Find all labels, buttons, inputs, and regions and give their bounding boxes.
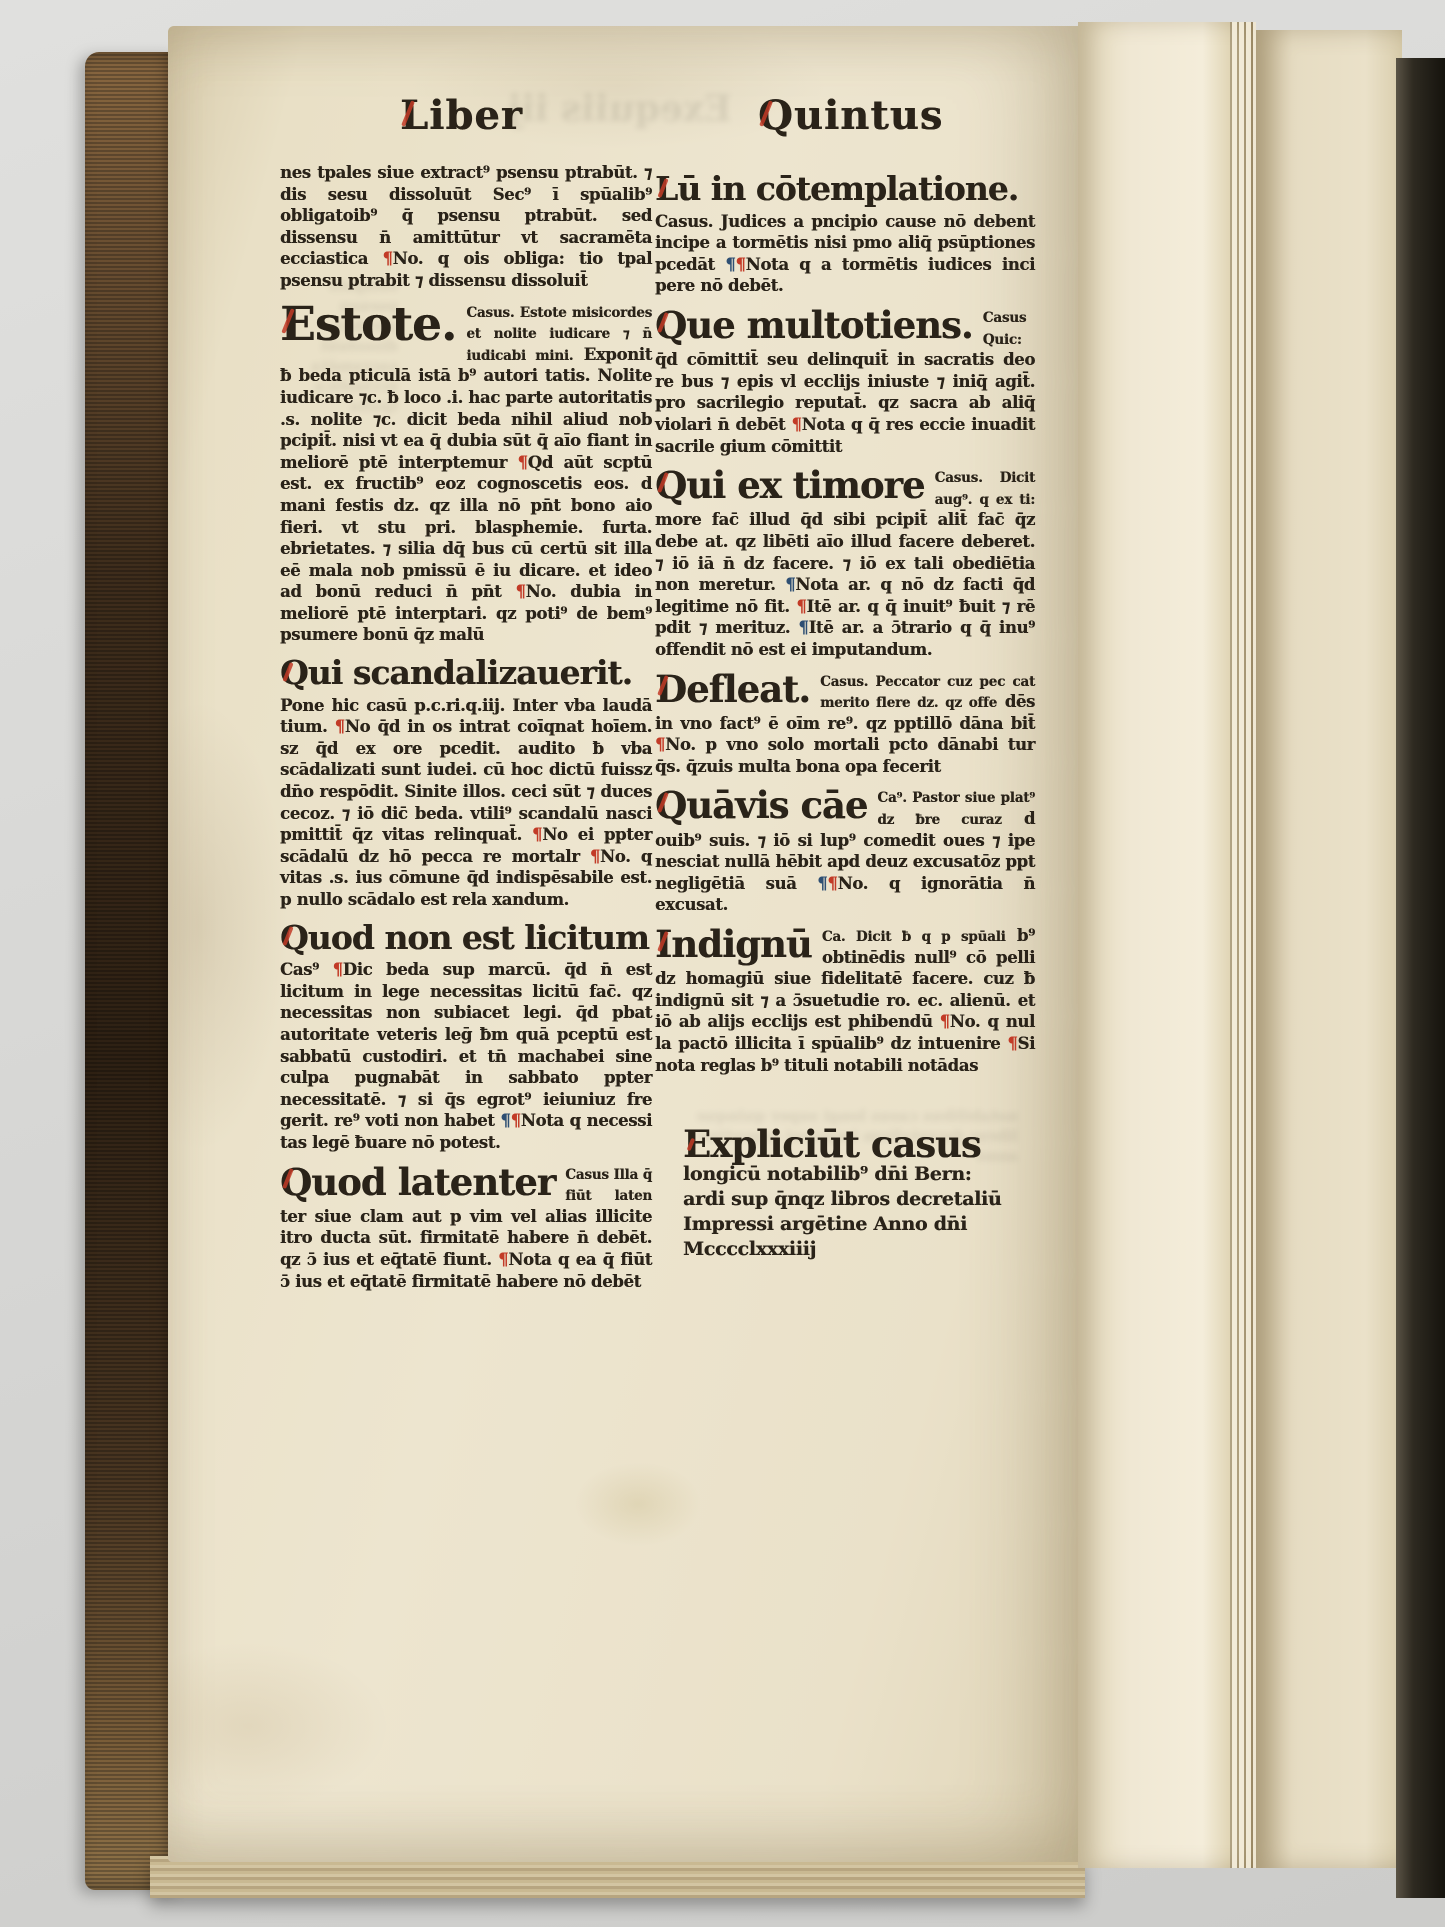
heading-que-multotiens: Que multotiens. <box>655 306 983 342</box>
left-page: Exequiis iij obligato psensu ptrahūt dis… <box>168 26 1080 1862</box>
section-qui-ex-timore-casus: Casus. Dicit aug⁹. q ex ti: <box>935 470 1035 508</box>
section-cum-in-contemplatione: Lū in cōtemplatione. Casus. Judices a pn… <box>655 172 1035 297</box>
running-head-right-text: Quintus <box>758 92 943 139</box>
book-right-edge-shadow <box>1396 58 1445 1898</box>
section-qui-ex-timore: Qui ex timore Casus. Dicit aug⁹. q ex ti… <box>655 466 1035 660</box>
book-fore-edge <box>85 52 181 1890</box>
column-right: Lū in cōtemplatione. Casus. Judices a pn… <box>655 162 1035 1262</box>
paragraph-continuation-text: nes tpales siue extract⁹ psensu ptrabūt.… <box>280 163 652 290</box>
section-indignum-casus: Ca. Dicit ƀ q p spūali <box>822 929 1006 945</box>
section-indignum: Indignū Ca. Dicit ƀ q p spūali b⁹ obtinē… <box>655 925 1035 1076</box>
colophon-line: ardi sup q̄nqz libros decretaliū <box>683 1187 1035 1212</box>
show-through-smudge: Exequiis iij <box>508 88 732 130</box>
section-defleat-casus: Casus. Peccator cuz pec cat merito flere… <box>820 674 1035 712</box>
section-quod-latenter: Quod latenter Casus Illa q̄ fiūt laten t… <box>280 1163 652 1293</box>
section-quavis-cae: Quāvis cāe Ca⁹. Pastor siue plat⁹ dz ƀre… <box>655 786 1035 916</box>
heading-estote: Estote. <box>280 301 466 346</box>
section-estote: Estote. Casus. Estote misicordes et noli… <box>280 301 652 647</box>
column-left: nes tpales siue extract⁹ psensu ptrabūt.… <box>280 162 652 1301</box>
running-head-left-text: Liber <box>400 92 523 139</box>
section-qui-ex-timore-body: more fac̄ illud q̄d sibi pcipit̄ alit̄ f… <box>655 510 1035 659</box>
book-bottom-page-edges <box>150 1856 1085 1898</box>
section-defleat: Defleat. Casus. Peccator cuz pec cat mer… <box>655 670 1035 778</box>
heading-defleat: Defleat. <box>655 670 820 706</box>
heading-qui-scandalizauerit: Qui scandalizauerit. <box>280 656 652 691</box>
section-que-multotiens-body: q̄d cōmittit̄ seu delinquit̄ in sacratis… <box>655 350 1035 455</box>
running-head-right: Quintus <box>758 92 943 139</box>
section-que-multotiens-casus: Casus Quic: <box>983 310 1027 348</box>
colophon-heading: Expliciūt casus <box>683 1134 1035 1156</box>
running-head-left: Liber <box>400 92 523 139</box>
facing-page-curve <box>1078 22 1256 1868</box>
book-photo: Exequiis iij obligato psensu ptrahūt dis… <box>0 0 1445 1927</box>
section-que-multotiens: Que multotiens. Casus Quic: q̄d cōmittit… <box>655 306 1035 457</box>
heading-quod-latenter: Quod latenter <box>280 1163 565 1199</box>
colophon-line: Impressi argētine Anno dn̄i <box>683 1212 1035 1237</box>
paragraph-continuation: nes tpales siue extract⁹ psensu ptrabūt.… <box>280 162 652 292</box>
section-quavis-cae-casus: Ca⁹. Pastor siue plat⁹ dz ƀre curaz <box>877 790 1035 828</box>
section-qui-scandalizauerit: Qui scandalizauerit. Pone hic casū p.c.r… <box>280 656 652 911</box>
section-quod-non-est-licitum: Quod non est licitum Cas⁹ ¶Dic beda sup … <box>280 921 652 1154</box>
colophon-line: Mcccclxxxiiij <box>683 1237 1035 1262</box>
section-quod-latenter-body: ter siue clam aut p vim vel alias illici… <box>280 1207 652 1291</box>
section-quod-latenter-casus: Casus Illa q̄ fiūt laten <box>565 1167 652 1205</box>
heading-quavis-cae: Quāvis cāe <box>655 786 877 822</box>
section-estote-body: Exponit ƀ beda pticulā istā b⁹ autori ta… <box>280 345 652 645</box>
colophon: Expliciūt casus longicū notabilib⁹ dn̄i … <box>655 1134 1035 1262</box>
next-page-surface <box>1256 30 1402 1868</box>
section-quod-non-est-licitum-body: Cas⁹ ¶Dic beda sup marcū. q̄d n̄ est lic… <box>280 960 652 1152</box>
section-qui-scandalizauerit-body: Pone hic casū p.c.ri.q.iij. Inter vba la… <box>280 696 652 909</box>
section-cum-in-contemplatione-body: Casus. Judices a pncipio cause nō debent… <box>655 212 1035 296</box>
heading-cum-in-contemplatione: Lū in cōtemplatione. <box>655 172 1035 207</box>
heading-qui-ex-timore: Qui ex timore <box>655 466 935 502</box>
heading-indignum: Indignū <box>655 925 822 961</box>
heading-quod-non-est-licitum: Quod non est licitum <box>280 921 652 956</box>
